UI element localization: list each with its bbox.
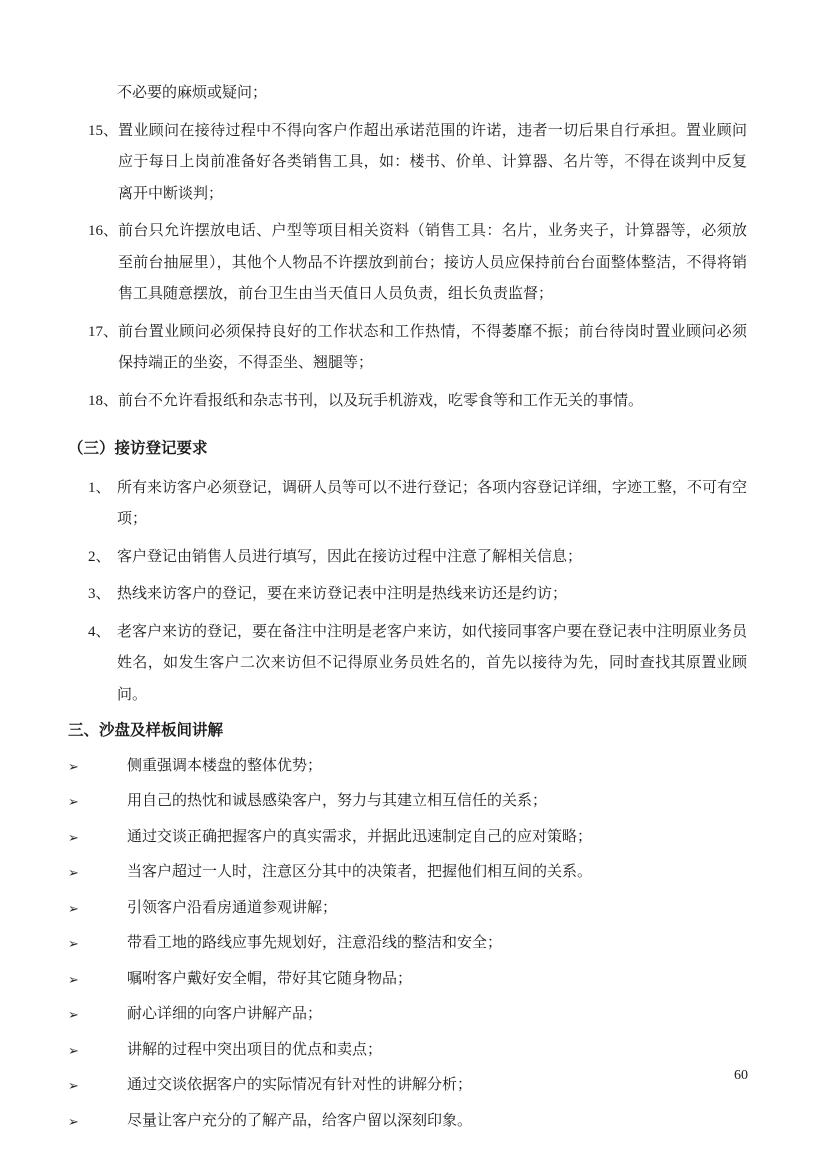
arrowhead-bullet-icon: ➢ [68, 928, 127, 960]
arrowhead-bullet-icon: ➢ [68, 857, 127, 889]
arrowhead-bullet-icon: ➢ [68, 751, 127, 783]
registration-item-4: 4、 老客户来访的登记，要在备注中注明是老客户来访，如代接同事客户要在登记表中注… [88, 617, 747, 712]
numbered-item-17: 17、 前台置业顾问必须保持良好的工作状态和工作热情，不得萎靡不振；前台待岗时置… [88, 317, 747, 380]
item-number: 18、 [88, 386, 118, 418]
arrowhead-bullet-icon: ➢ [68, 999, 127, 1031]
page-number: 60 [734, 1068, 748, 1084]
bullet-text: 侧重强调本楼盘的整体优势； [127, 751, 747, 783]
item-number: 16、 [88, 216, 118, 311]
bullet-text: 当客户超过一人时，注意区分其中的决策者，把握他们相互间的关系。 [127, 857, 747, 889]
item-text: 客户登记由销售人员进行填写，因此在接访过程中注意了解相关信息； [117, 542, 747, 574]
item-number: 1、 [88, 473, 117, 536]
section-heading-registration-requirements: （三）接访登记要求 [68, 433, 747, 465]
bullet-text: 带看工地的路线应事先规划好，注意沿线的整洁和安全； [127, 928, 747, 960]
bullet-text: 用自己的热忱和诚恳感染客户，努力与其建立相互信任的关系； [127, 786, 747, 818]
paragraph-continuation: 不必要的麻烦或疑问； [117, 78, 747, 110]
bullet-text: 通过交谈正确把握客户的真实需求，并据此迅速制定自己的应对策略； [127, 822, 747, 854]
bullet-item: ➢ 嘱咐客户戴好安全帽，带好其它随身物品； [68, 964, 747, 996]
bullet-item: ➢ 引领客户沿看房通道参观讲解； [68, 893, 747, 925]
arrowhead-bullet-icon: ➢ [68, 1035, 127, 1067]
item-number: 2、 [88, 542, 117, 574]
document-content: 不必要的麻烦或疑问； 15、 置业顾问在接待过程中不得向客户作超出承诺范围的许诺… [68, 78, 747, 1137]
registration-item-1: 1、 所有来访客户必须登记，调研人员等可以不进行登记；各项内容登记详细，字迹工整… [88, 473, 747, 536]
document-page: 不必要的麻烦或疑问； 15、 置业顾问在接待过程中不得向客户作超出承诺范围的许诺… [0, 0, 820, 1159]
item-text: 老客户来访的登记，要在备注中注明是老客户来访，如代接同事客户要在登记表中注明原业… [117, 617, 747, 712]
item-text: 所有来访客户必须登记，调研人员等可以不进行登记；各项内容登记详细，字迹工整，不可… [117, 473, 747, 536]
numbered-item-15: 15、 置业顾问在接待过程中不得向客户作超出承诺范围的许诺，违者一切后果自行承担… [88, 116, 747, 211]
item-text: 前台只允许摆放电话、户型等项目相关资料（销售工具：名片，业务夹子，计算器等，必须… [118, 216, 747, 311]
item-text: 前台不允许看报纸和杂志书刊，以及玩手机游戏，吃零食等和工作无关的事情。 [118, 386, 747, 418]
arrowhead-bullet-icon: ➢ [68, 893, 127, 925]
bullet-text: 讲解的过程中突出项目的优点和卖点； [127, 1035, 747, 1067]
arrowhead-bullet-icon: ➢ [68, 786, 127, 818]
arrowhead-bullet-icon: ➢ [68, 964, 127, 996]
section-heading-sandbox-explanation: 三、沙盘及样板间讲解 [68, 715, 747, 747]
item-number: 3、 [88, 579, 117, 611]
numbered-item-18: 18、 前台不允许看报纸和杂志书刊，以及玩手机游戏，吃零食等和工作无关的事情。 [88, 386, 747, 418]
bullet-item: ➢ 用自己的热忱和诚恳感染客户，努力与其建立相互信任的关系； [68, 786, 747, 818]
bullet-text: 嘱咐客户戴好安全帽，带好其它随身物品； [127, 964, 747, 996]
item-text: 前台置业顾问必须保持良好的工作状态和工作热情，不得萎靡不振；前台待岗时置业顾问必… [118, 317, 747, 380]
arrowhead-bullet-icon: ➢ [68, 822, 127, 854]
registration-item-3: 3、 热线来访客户的登记，要在来访登记表中注明是热线来访还是约访； [88, 579, 747, 611]
bullet-text: 引领客户沿看房通道参观讲解； [127, 893, 747, 925]
bullet-item: ➢ 通过交谈依据客户的实际情况有针对性的讲解分析； [68, 1070, 747, 1102]
registration-item-2: 2、 客户登记由销售人员进行填写，因此在接访过程中注意了解相关信息； [88, 542, 747, 574]
bullet-text: 尽量让客户充分的了解产品，给客户留以深刻印象。 [127, 1106, 747, 1138]
bullet-item: ➢ 讲解的过程中突出项目的优点和卖点； [68, 1035, 747, 1067]
bullet-item: ➢ 侧重强调本楼盘的整体优势； [68, 751, 747, 783]
bullet-text: 通过交谈依据客户的实际情况有针对性的讲解分析； [127, 1070, 747, 1102]
item-text: 置业顾问在接待过程中不得向客户作超出承诺范围的许诺，违者一切后果自行承担。置业顾… [118, 116, 747, 211]
item-number: 15、 [88, 116, 118, 211]
item-number: 17、 [88, 317, 118, 380]
bullet-item: ➢ 当客户超过一人时，注意区分其中的决策者，把握他们相互间的关系。 [68, 857, 747, 889]
bullet-item: ➢ 耐心详细的向客户讲解产品； [68, 999, 747, 1031]
numbered-item-16: 16、 前台只允许摆放电话、户型等项目相关资料（销售工具：名片，业务夹子，计算器… [88, 216, 747, 311]
bullet-item: ➢ 带看工地的路线应事先规划好，注意沿线的整洁和安全； [68, 928, 747, 960]
item-text: 热线来访客户的登记，要在来访登记表中注明是热线来访还是约访； [117, 579, 747, 611]
arrowhead-bullet-icon: ➢ [68, 1106, 127, 1138]
bullet-item: ➢ 通过交谈正确把握客户的真实需求，并据此迅速制定自己的应对策略； [68, 822, 747, 854]
item-number: 4、 [88, 617, 117, 712]
arrowhead-bullet-icon: ➢ [68, 1070, 127, 1102]
bullet-text: 耐心详细的向客户讲解产品； [127, 999, 747, 1031]
bullet-item: ➢ 尽量让客户充分的了解产品，给客户留以深刻印象。 [68, 1106, 747, 1138]
